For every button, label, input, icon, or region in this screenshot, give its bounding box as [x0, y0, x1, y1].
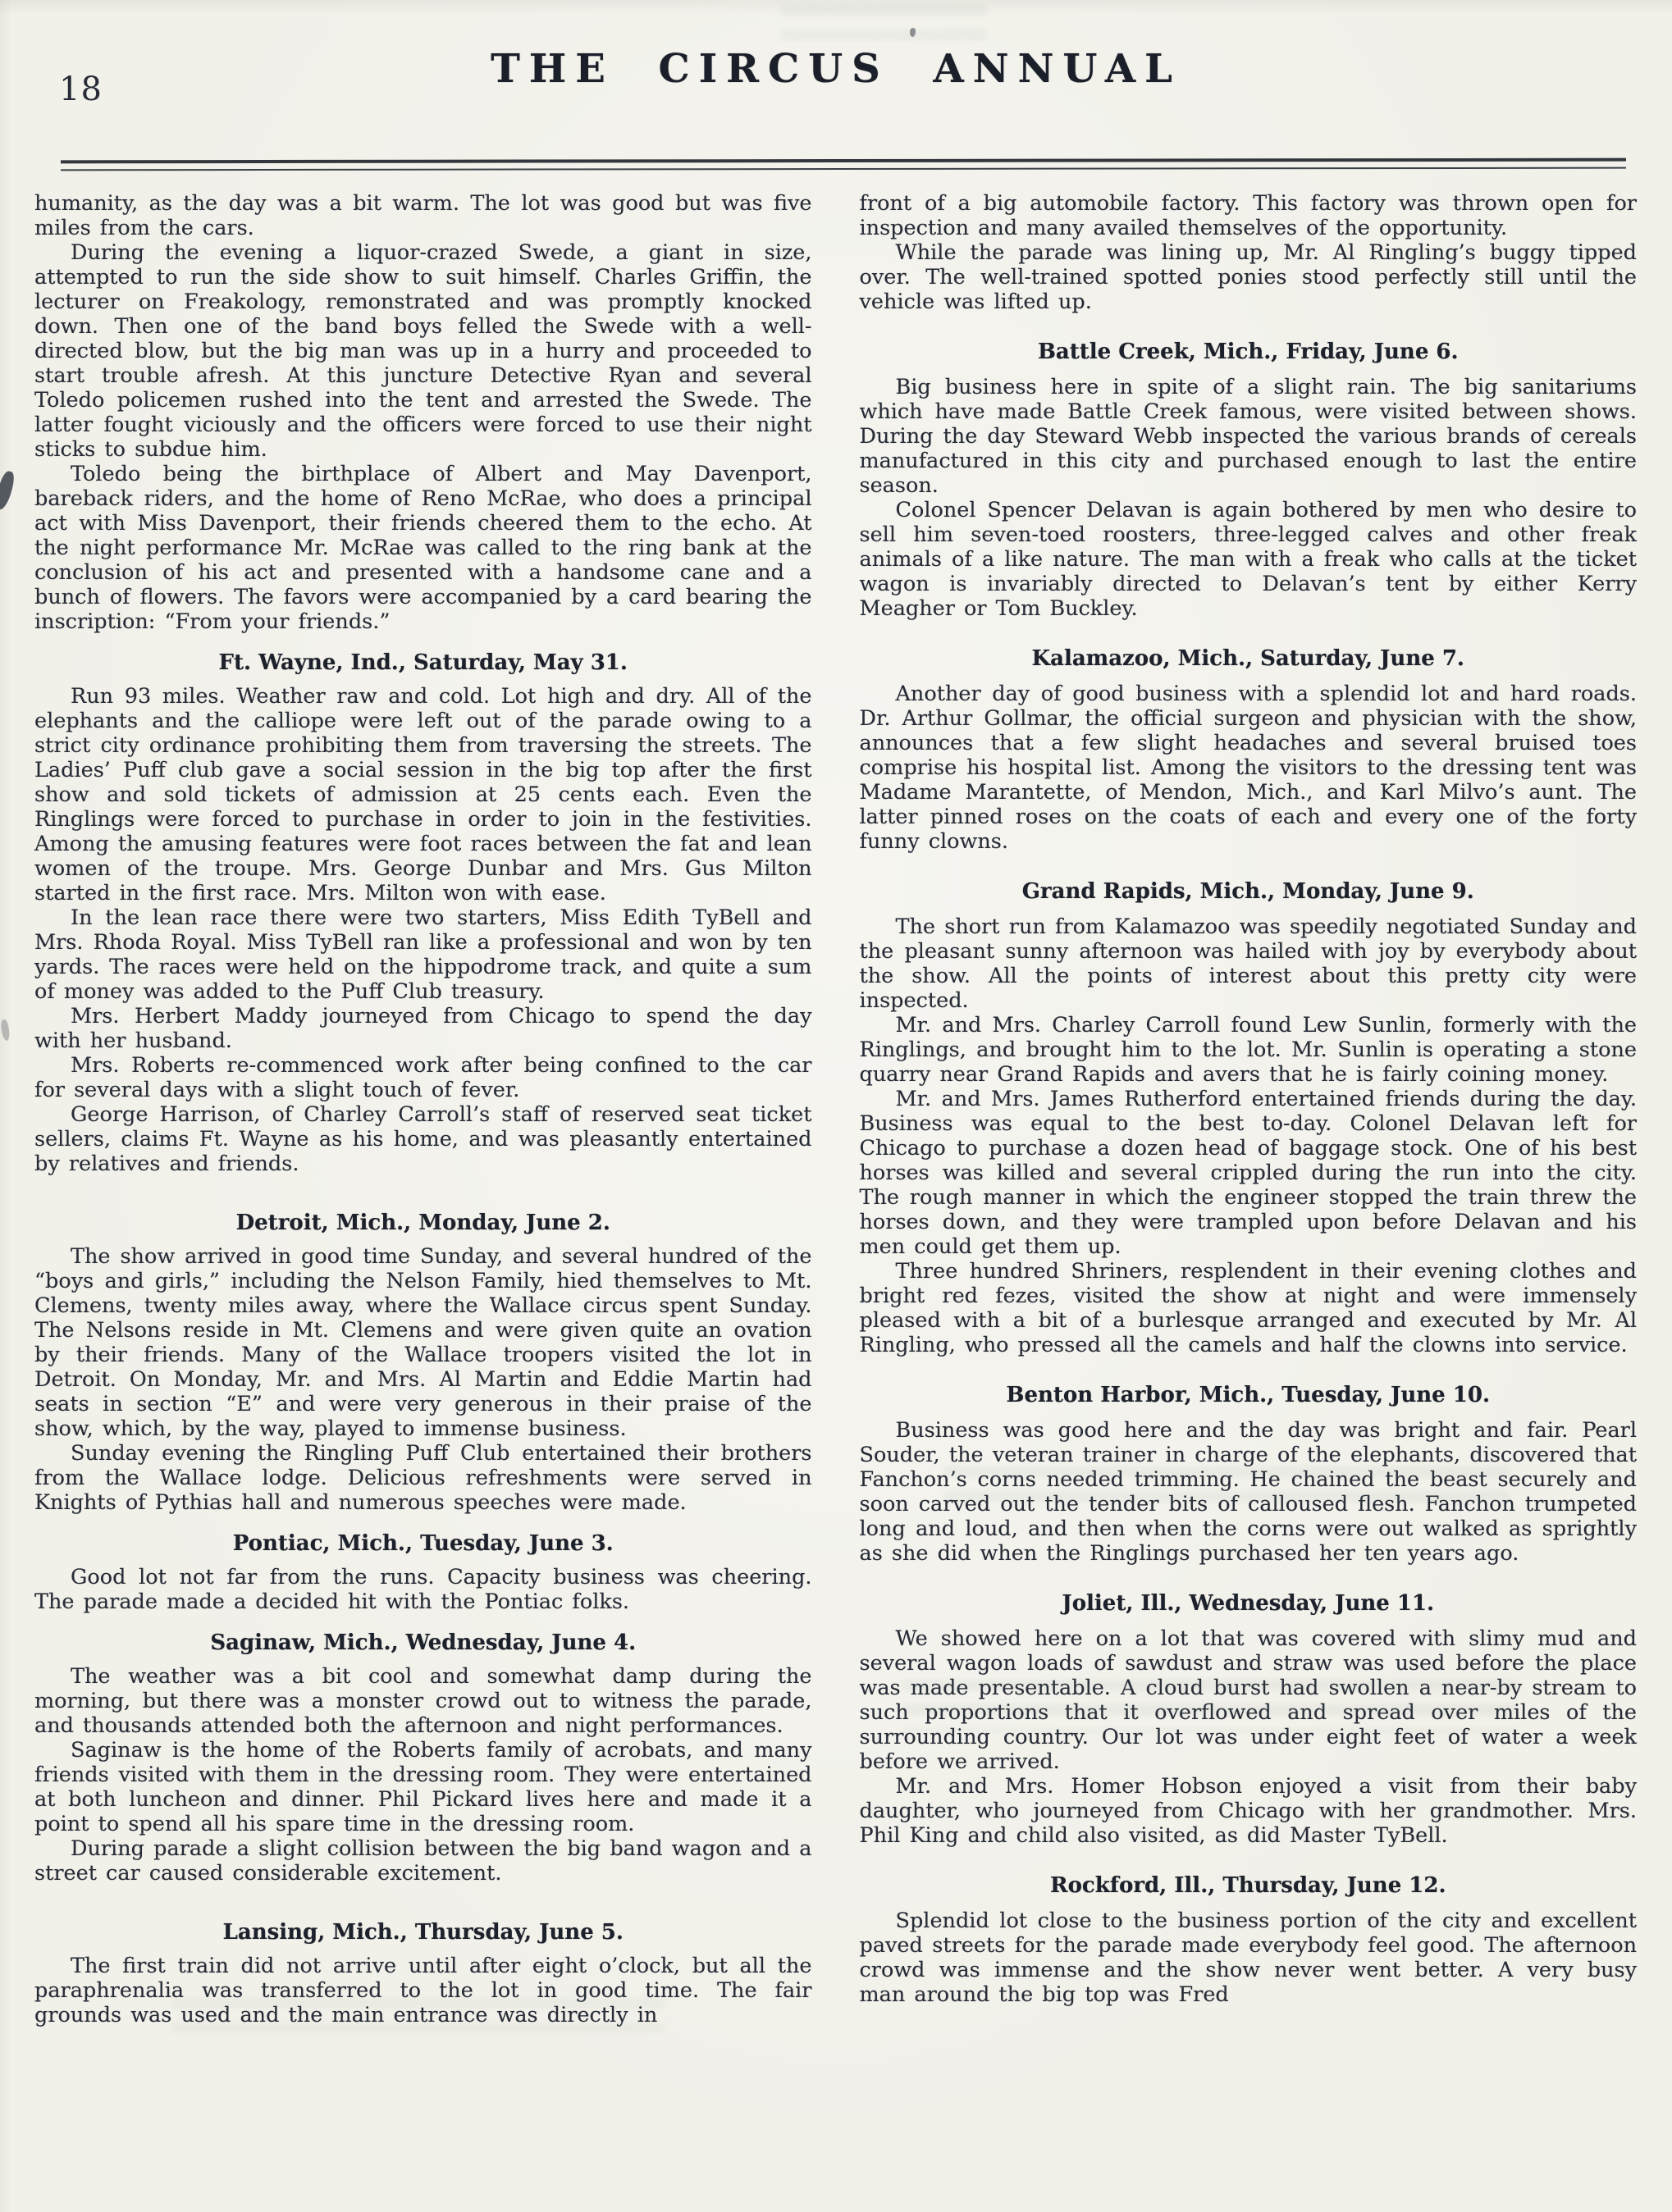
paragraph: Good lot not far from the runs. Capacity… — [34, 1565, 812, 1614]
paragraph: Big business here in spite of a slight r… — [860, 375, 1638, 498]
ink-smudge — [910, 28, 916, 37]
page-title: THE CIRCUS ANNUAL — [0, 46, 1672, 92]
paragraph: Mr. and Mrs. James Rutherford entertaine… — [860, 1087, 1638, 1259]
article-section-lansing: Lansing, Mich., Thursday, June 5. The fi… — [34, 1920, 812, 2027]
paragraph: While the parade was lining up, Mr. Al R… — [860, 240, 1638, 314]
paragraph: front of a big automobile factory. This … — [860, 191, 1638, 240]
section-heading: Rockford, Ill., Thursday, June 12. — [860, 1873, 1638, 1898]
paragraph: Colonel Spencer Delavan is again bothere… — [860, 498, 1638, 621]
paragraph: Business was good here and the day was b… — [860, 1418, 1638, 1566]
paragraph: The short run from Kalamazoo was speedil… — [860, 914, 1638, 1013]
article-section-joliet: Joliet, Ill., Wednesday, June 11. We sho… — [860, 1591, 1638, 1848]
article-section-battle-creek: Battle Creek, Mich., Friday, June 6. Big… — [860, 340, 1638, 621]
ink-smudge — [0, 1019, 11, 1041]
section-heading: Ft. Wayne, Ind., Saturday, May 31. — [34, 650, 812, 675]
article-section-detroit: Detroit, Mich., Monday, June 2. The show… — [34, 1211, 812, 1515]
section-heading: Saginaw, Mich., Wednesday, June 4. — [34, 1630, 812, 1655]
left-column: humanity, as the day was a bit warm. The… — [34, 191, 812, 2027]
article-section-saginaw: Saginaw, Mich., Wednesday, June 4. The w… — [34, 1630, 812, 1886]
paragraph: Another day of good business with a sple… — [860, 682, 1638, 854]
article-section-continued: front of a big automobile factory. This … — [860, 191, 1638, 314]
paragraph: The show arrived in good time Sunday, an… — [34, 1244, 812, 1441]
section-heading: Battle Creek, Mich., Friday, June 6. — [860, 340, 1638, 364]
right-column: front of a big automobile factory. This … — [860, 191, 1638, 2027]
article-section-benton-harbor: Benton Harbor, Mich., Tuesday, June 10. … — [860, 1383, 1638, 1566]
paragraph: During parade a slight collision between… — [34, 1836, 812, 1886]
paragraph: Mrs. Roberts re-commenced work after bei… — [34, 1053, 812, 1102]
article-section-pontiac: Pontiac, Mich., Tuesday, June 3. Good lo… — [34, 1531, 812, 1614]
paragraph: Mr. and Mrs. Charley Carroll found Lew S… — [860, 1013, 1638, 1087]
paragraph: Mrs. Herbert Maddy journeyed from Chicag… — [34, 1004, 812, 1053]
paragraph: Mr. and Mrs. Homer Hobson enjoyed a visi… — [860, 1774, 1638, 1848]
paragraph: Toledo being the birthplace of Albert an… — [34, 462, 812, 634]
section-heading: Kalamazoo, Mich., Saturday, June 7. — [860, 646, 1638, 671]
paragraph: George Harrison, of Charley Carroll’s st… — [34, 1102, 812, 1176]
article-section-kalamazoo: Kalamazoo, Mich., Saturday, June 7. Anot… — [860, 646, 1638, 854]
paragraph: During the evening a liquor-crazed Swede… — [34, 240, 812, 462]
section-heading: Pontiac, Mich., Tuesday, June 3. — [34, 1531, 812, 1556]
paragraph: humanity, as the day was a bit warm. The… — [34, 191, 812, 240]
paragraph: We showed here on a lot that was covered… — [860, 1626, 1638, 1774]
paragraph: The weather was a bit cool and somewhat … — [34, 1664, 812, 1738]
header-rule — [61, 158, 1626, 171]
article-section-rockford: Rockford, Ill., Thursday, June 12. Splen… — [860, 1873, 1638, 2007]
paragraph: Run 93 miles. Weather raw and cold. Lot … — [34, 684, 812, 905]
scanned-page: 18 THE CIRCUS ANNUAL humanity, as the da… — [0, 0, 1672, 2212]
section-heading: Joliet, Ill., Wednesday, June 11. — [860, 1591, 1638, 1616]
paragraph: Splendid lot close to the business porti… — [860, 1909, 1638, 2007]
section-heading: Detroit, Mich., Monday, June 2. — [34, 1211, 812, 1235]
article-section-ft-wayne: Ft. Wayne, Ind., Saturday, May 31. Run 9… — [34, 650, 812, 1176]
section-heading: Lansing, Mich., Thursday, June 5. — [34, 1920, 812, 1945]
paragraph: Sunday evening the Ringling Puff Club en… — [34, 1441, 812, 1515]
paragraph: In the lean race there were two starters… — [34, 905, 812, 1004]
page-content: humanity, as the day was a bit warm. The… — [34, 191, 1637, 2027]
paragraph: The first train did not arrive until aft… — [34, 1954, 812, 2027]
article-section-grand-rapids: Grand Rapids, Mich., Monday, June 9. The… — [860, 879, 1638, 1357]
bleed-through-ghost — [781, 5, 986, 48]
section-heading: Benton Harbor, Mich., Tuesday, June 10. — [860, 1383, 1638, 1407]
paragraph: Three hundred Shriners, resplendent in t… — [860, 1259, 1638, 1357]
ink-smudge — [0, 470, 16, 511]
article-section-continued: humanity, as the day was a bit warm. The… — [34, 191, 812, 634]
section-heading: Grand Rapids, Mich., Monday, June 9. — [860, 879, 1638, 904]
paragraph: Saginaw is the home of the Roberts famil… — [34, 1738, 812, 1836]
